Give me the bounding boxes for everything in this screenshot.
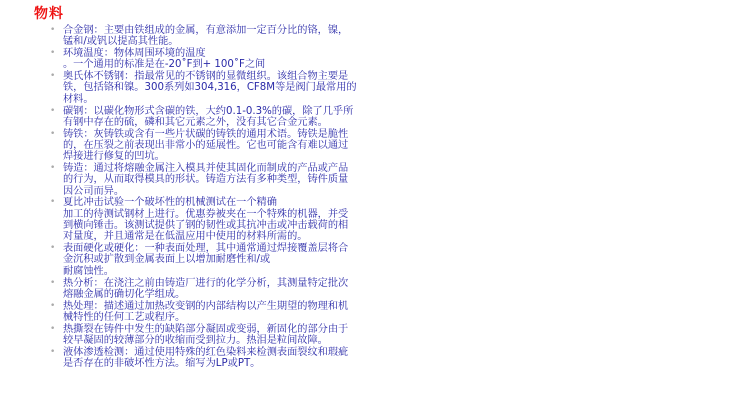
list-item: •铸铁：灰铸铁或含有一些片状碳的铸铁的通用术语。铸铁是脆性的，在压裂之前表现出非…	[48, 129, 358, 163]
item-text: 铸铁：灰铸铁或含有一些片状碳的铸铁的通用术语。铸铁是脆性的，在压裂之前表现出非常…	[63, 129, 358, 163]
item-text: 热分析：在浇注之前由铸造厂进行的化学分析，其测量特定批次熔融金属的确切化学组成。	[63, 278, 358, 301]
list-item: •铸造：通过将熔融金属注入模具并使其固化而制成的产品或产品的行为，从而取得模具的…	[48, 163, 358, 197]
list-item: •夏比冲击试验一个破坏性的机械测试在一个精确加工的待测试钢材上进行。优惠券被夹在…	[48, 197, 358, 242]
bullet-icon: •	[50, 301, 55, 312]
bullet-icon: •	[50, 324, 55, 335]
item-text: 热撕裂在铸件中发生的缺陷部分凝固或变弱，新固化的部分由于较早凝固的较薄部分的收缩…	[63, 324, 358, 347]
item-text: 热处理：描述通过加热改变钢的内部结构以产生期望的物理和机械特性的任何工艺或程序。	[63, 301, 358, 324]
bullet-icon: •	[50, 278, 55, 289]
glossary-list: •合金钢：主要由铁组成的金属，有意添加一定百分比的铬，镍，锰和/或钒以提高其性能…	[48, 25, 358, 370]
item-subtext: 耐腐蚀性。	[63, 266, 358, 277]
item-text: 表面硬化或硬化：一种表面处理，其中通常通过焊接覆盖层将合金沉积或扩散到金属表面上…	[63, 243, 358, 266]
list-item: •热处理：描述通过加热改变钢的内部结构以产生期望的物理和机械特性的任何工艺或程序…	[48, 301, 358, 324]
item-text: 铸造：通过将熔融金属注入模具并使其固化而制成的产品或产品的行为，从而取得模具的形…	[63, 163, 358, 197]
list-item: •碳钢：以碳化物形式含碳的铁，大约0.1-0.3%的碳，除了几乎所有钢中存在的硫…	[48, 106, 358, 129]
bullet-icon: •	[50, 243, 55, 254]
bullet-icon: •	[50, 71, 55, 82]
list-item: •热撕裂在铸件中发生的缺陷部分凝固或变弱，新固化的部分由于较早凝固的较薄部分的收…	[48, 324, 358, 347]
bullet-icon: •	[50, 163, 55, 174]
item-text: 奥氏体不锈钢：指最常见的不锈钢的显微组织。该组合物主要是铁，包括铬和镍。300系…	[63, 71, 358, 105]
list-item: •表面硬化或硬化：一种表面处理，其中通常通过焊接覆盖层将合金沉积或扩散到金属表面…	[48, 243, 358, 277]
list-item: •环境温度：物体周围环境的温度。一个通用的标准是在-20˚F到+ 100˚F之间	[48, 48, 358, 71]
list-item: •合金钢：主要由铁组成的金属，有意添加一定百分比的铬，镍，锰和/或钒以提高其性能…	[48, 25, 358, 48]
bullet-icon: •	[50, 347, 55, 358]
bullet-icon: •	[50, 25, 55, 36]
item-text: 夏比冲击试验一个破坏性的机械测试在一个精确	[63, 197, 358, 208]
item-subtext: 。一个通用的标准是在-20˚F到+ 100˚F之间	[63, 59, 358, 70]
item-text: 碳钢：以碳化物形式含碳的铁，大约0.1-0.3%的碳，除了几乎所有钢中存在的硫，…	[63, 106, 358, 129]
bullet-icon: •	[50, 129, 55, 140]
list-item: •热分析：在浇注之前由铸造厂进行的化学分析，其测量特定批次熔融金属的确切化学组成…	[48, 278, 358, 301]
list-item: •液体渗透检测：通过使用特殊的红色染料来检测表面裂纹和瑕疵是否存在的非破坏性方法…	[48, 347, 358, 370]
bullet-icon: •	[50, 197, 55, 208]
bullet-icon: •	[50, 106, 55, 117]
page-title: 物料	[34, 3, 64, 23]
item-subtext: 加工的待测试钢材上进行。优惠券被夹在一个特殊的机器，并受到横向锤击。该测试提供了…	[63, 209, 358, 243]
item-text: 合金钢：主要由铁组成的金属，有意添加一定百分比的铬，镍，锰和/或钒以提高其性能。	[63, 25, 358, 48]
item-text: 环境温度：物体周围环境的温度	[63, 48, 358, 59]
list-item: •奥氏体不锈钢：指最常见的不锈钢的显微组织。该组合物主要是铁，包括铬和镍。300…	[48, 71, 358, 105]
bullet-icon: •	[50, 48, 55, 59]
item-text: 液体渗透检测：通过使用特殊的红色染料来检测表面裂纹和瑕疵是否存在的非破坏性方法。…	[63, 347, 358, 370]
